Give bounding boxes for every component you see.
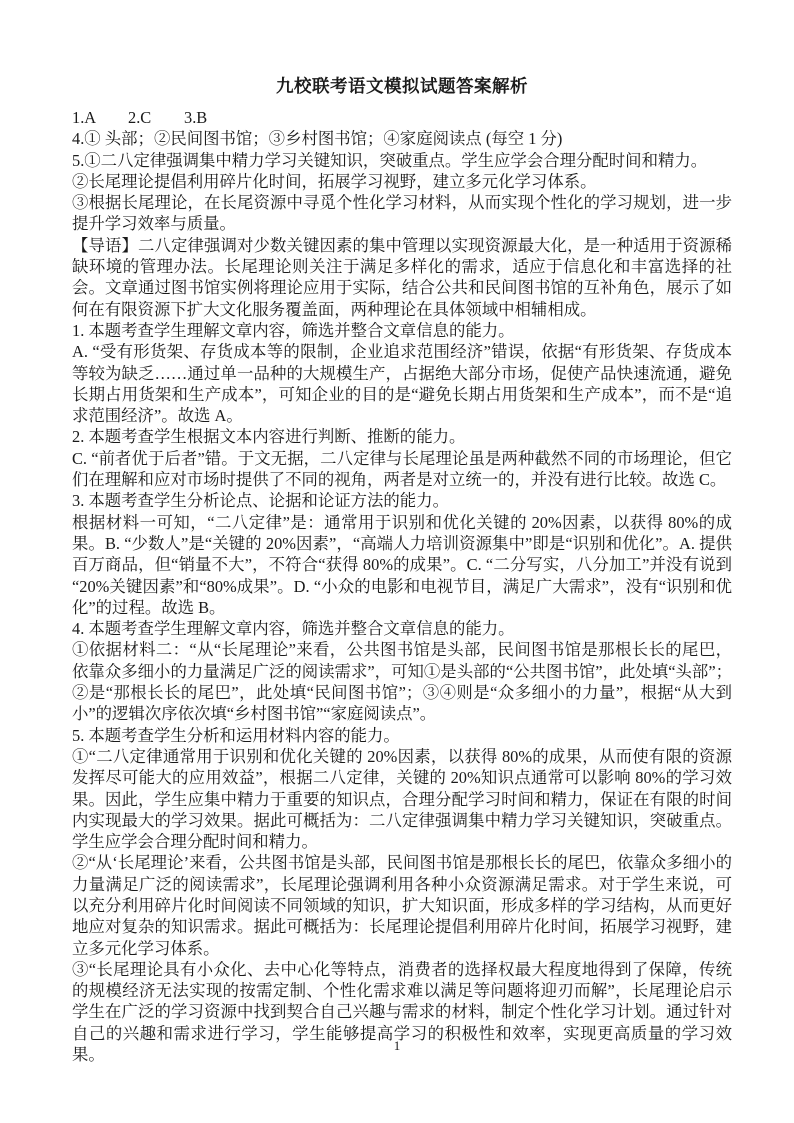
paragraph-6: 【导语】二八定律强调对少数关键因素的集中管理以实现资源最大化，是一种适用于资源稀… [72,235,732,320]
paragraph-7: 1. 本题考查学生理解文章内容，筛选并整合文章信息的能力。 [72,320,732,341]
paragraph-3: 5.①二八定律强调集中精力学习关键知识，突破重点。学生应学会合理分配时间和精力。 [72,150,732,171]
page-title: 九校联考语文模拟试题答案解析 [72,74,732,98]
paragraph-14: ①依据材料二：“从“长尾理论”来看，公共图书馆是头部，民间图书馆是那根长长的尾巴… [72,639,732,724]
document-body: 1.A 2.C 3.B4.① 头部；②民间图书馆；③乡村图书馆；④家庭阅读点 (… [72,107,732,1065]
paragraph-4: ②长尾理论提倡利用碎片化时间，拓展学习视野，建立多元化学习体系。 [72,171,732,192]
paragraph-2: 4.① 头部；②民间图书馆；③乡村图书馆；④家庭阅读点 (每空 1 分) [72,128,732,149]
paragraph-13: 4. 本题考查学生理解文章内容，筛选并整合文章信息的能力。 [72,618,732,639]
paragraph-11: 3. 本题考查学生分析论点、论据和论证方法的能力。 [72,490,732,511]
paragraph-1: 1.A 2.C 3.B [72,107,732,128]
paragraph-17: ②“从‘长尾理论’来看，公共图书馆是头部，民间图书馆是那根长长的尾巴，依靠众多细… [72,852,732,958]
paragraph-9: 2. 本题考查学生根据文本内容进行判断、推断的能力。 [72,426,732,447]
page-number: 1 [0,1038,794,1054]
document-page: 九校联考语文模拟试题答案解析 1.A 2.C 3.B4.① 头部；②民间图书馆；… [0,0,794,1123]
paragraph-10: C. “前者优于后者”错。于文无据，二八定律与长尾理论虽是两种截然不同的市场理论… [72,448,732,491]
paragraph-12: 根据材料一可知，“二八定律”是：通常用于识别和优化关键的 20%因素，以获得 8… [72,512,732,618]
paragraph-16: ①“二八定律通常用于识别和优化关键的 20%因素，以获得 80%的成果，从而使有… [72,746,732,852]
paragraph-8: A. “受有形货架、存货成本等的限制，企业追求范围经济”错误，依据“有形货架、存… [72,341,732,426]
paragraph-5: ③根据长尾理论，在长尾资源中寻觅个性化学习材料，从而实现个性化的学习规划，进一步… [72,192,732,235]
paragraph-15: 5. 本题考查学生分析和运用材料内容的能力。 [72,725,732,746]
